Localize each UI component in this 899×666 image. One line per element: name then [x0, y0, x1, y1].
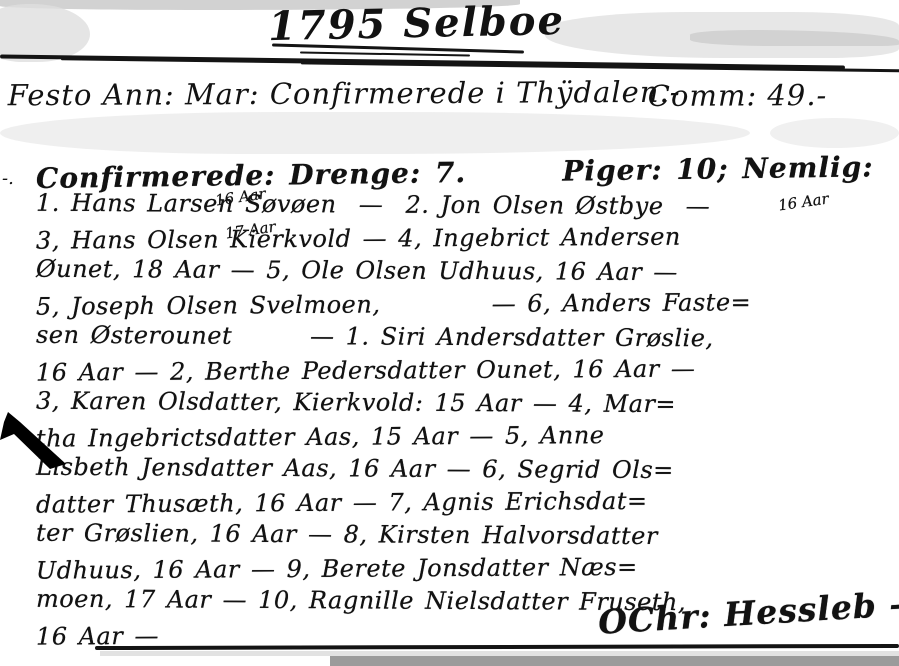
feast-day-text: Festo Ann: Mar: Confirmerede i Thÿdalen.… [8, 75, 681, 113]
record-line-arrow-target: tha Ingebrictsdatter Aas, 15 Aar — 5, An… [36, 417, 894, 455]
communicants-count-text: Comm: 49.- [648, 78, 828, 113]
scan-artifact-bottom-band [330, 656, 899, 666]
margin-mark: -. [2, 168, 14, 189]
parish-register-scan: 1795 Selboe Festo Ann: Mar: Confirmerede… [0, 0, 899, 666]
record-line: 5, Joseph Olsen Svelmoen, — 6, Anders Fa… [36, 285, 894, 323]
record-line: 16 Aar — 2, Berthe Pedersdatter Ounet, 1… [36, 351, 894, 389]
year-place-title: 1795 Selboe [268, 0, 569, 50]
record-line: datter Thusæth, 16 Aar — 7, Agnis Erichs… [36, 483, 894, 521]
title-underline-flourish [300, 52, 470, 57]
page-fold-line-top [0, 54, 845, 69]
scan-artifact-top-right [545, 12, 899, 58]
record-line-lisbeth: Lisbeth Jensdatter Aas, 16 Aar — 6, Segr… [36, 451, 894, 488]
record-line: Øunet, 18 Aar — 5, Ole Olsen Udhuus, 16 … [36, 253, 894, 290]
scan-artifact-top-left [0, 4, 90, 62]
record-line: 3, Karen Olsdatter, Kierkvold: 15 Aar — … [36, 385, 894, 422]
record-line: 1. Hans Larsen Søvøen — 2. Jon Olsen Øst… [36, 187, 894, 224]
record-line: 3, Hans Olsen Kierkvold — 4, Ingebrict A… [36, 219, 894, 257]
record-line: sen Østerounet — 1. Siri Andersdatter Gr… [36, 319, 894, 356]
pointer-arrow-icon [0, 412, 70, 470]
record-line: ter Grøslien, 16 Aar — 8, Kirsten Halvor… [36, 517, 894, 554]
confirmation-record-text: Confirmerede: Drenge: 7. Piger: 10; Neml… [36, 156, 894, 651]
record-line: Udhuus, 16 Aar — 9, Berete Jonsdatter Næ… [36, 549, 894, 587]
scan-artifact-top-right-jag [690, 30, 899, 46]
